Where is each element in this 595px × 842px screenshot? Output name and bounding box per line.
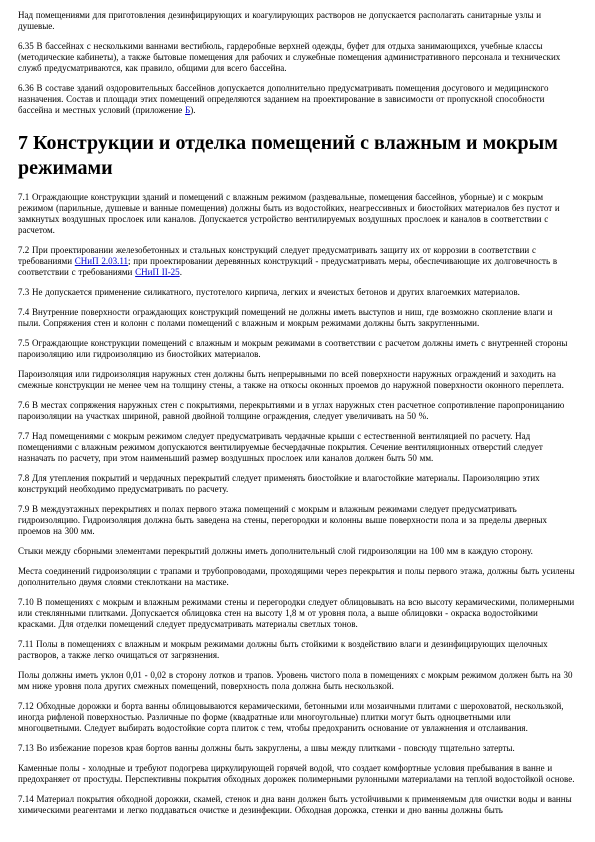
paragraph-text: Полы должны иметь уклон 0,01 - 0,02 в ст… <box>18 670 573 691</box>
paragraph-text: 7.7 Над помещениями с мокрым режимом сле… <box>18 431 543 463</box>
paragraph-6-35: 6.35 В бассейнах с несколькими ваннами в… <box>18 41 577 74</box>
paragraph-text: 7.8 Для утепления покрытий и чердачных п… <box>18 473 540 494</box>
link-snip-ii-25[interactable]: СНиП II-25 <box>135 267 180 277</box>
paragraph-7-3: 7.3 Не допускается применение силикатног… <box>18 287 577 298</box>
paragraph-text: 7.12 Обходные дорожки и борта ванны обли… <box>18 701 564 733</box>
paragraph-7-5-cont: Пароизоляция или гидроизоляция наружных … <box>18 369 577 391</box>
paragraph-text: 6.36 В составе зданий оздоровительных ба… <box>18 83 549 115</box>
paragraph-7-6: 7.6 В местах сопряжения наружных стен с … <box>18 400 577 422</box>
paragraph-7-13: 7.13 Во избежание порезов края бортов ва… <box>18 743 577 754</box>
paragraph-text: 7.3 Не допускается применение силикатног… <box>18 287 520 297</box>
paragraph-7-11: 7.11 Полы в помещениях с влажным и мокры… <box>18 639 577 661</box>
paragraph-text: 7.1 Ограждающие конструкции зданий и пом… <box>18 192 560 235</box>
paragraph-7-12: 7.12 Обходные дорожки и борта ванны обли… <box>18 701 577 734</box>
paragraph-7-14: 7.14 Материал покрытия обходной дорожки,… <box>18 794 577 816</box>
paragraph-text: . <box>180 267 182 277</box>
paragraph-7-5: 7.5 Ограждающие конструкции помещений с … <box>18 338 577 360</box>
paragraph-text: Места соединений гидроизоляции с трапами… <box>18 566 575 587</box>
paragraph-text: Стыки между сборными элементами перекрыт… <box>18 546 533 556</box>
paragraph-text: 6.35 В бассейнах с несколькими ваннами в… <box>18 41 560 73</box>
paragraph-7-9-drains: Места соединений гидроизоляции с трапами… <box>18 566 577 588</box>
paragraph-text: Над помещениями для приготовления дезинф… <box>18 10 541 31</box>
paragraph-7-11-slope: Полы должны иметь уклон 0,01 - 0,02 в ст… <box>18 670 577 692</box>
paragraph-text: 7.13 Во избежание порезов края бортов ва… <box>18 743 515 753</box>
paragraph-text: 7.9 В междуэтажных перекрытиях и полах п… <box>18 504 547 536</box>
paragraph-text: Каменные полы - холодные и требуют подог… <box>18 763 574 784</box>
paragraph-text: ). <box>190 105 195 115</box>
paragraph-7-4: 7.4 Внутренние поверхности ограждающих к… <box>18 307 577 329</box>
paragraph-text: Пароизоляция или гидроизоляция наружных … <box>18 369 564 390</box>
paragraph-6-36: 6.36 В составе зданий оздоровительных ба… <box>18 83 577 116</box>
section-7-heading: 7 Конструкции и отделка помещений с влаж… <box>18 131 577 181</box>
paragraph-7-9: 7.9 В междуэтажных перекрытиях и полах п… <box>18 504 577 537</box>
paragraph-7-2: 7.2 При проектировании железобетонных и … <box>18 245 577 278</box>
paragraph-text: 7.14 Материал покрытия обходной дорожки,… <box>18 794 572 815</box>
document-body: Над помещениями для приготовления дезинф… <box>18 10 577 816</box>
paragraph-7-13-stone-floors: Каменные полы - холодные и требуют подог… <box>18 763 577 785</box>
paragraph-7-7: 7.7 Над помещениями с мокрым режимом сле… <box>18 431 577 464</box>
paragraph-7-9-joints: Стыки между сборными элементами перекрыт… <box>18 546 577 557</box>
paragraph-text: 7.10 В помещениях с мокрым и влажным реж… <box>18 597 574 629</box>
link-snip-2-03-11[interactable]: СНиП 2.03.11 <box>75 256 128 266</box>
document-page: Над помещениями для приготовления дезинф… <box>0 0 595 842</box>
paragraph-7-8: 7.8 Для утепления покрытий и чердачных п… <box>18 473 577 495</box>
paragraph-text: 7.5 Ограждающие конструкции помещений с … <box>18 338 567 359</box>
paragraph-7-10: 7.10 В помещениях с мокрым и влажным реж… <box>18 597 577 630</box>
paragraph-text: 7.4 Внутренние поверхности ограждающих к… <box>18 307 552 328</box>
paragraph-disinfect-rooms: Над помещениями для приготовления дезинф… <box>18 10 577 32</box>
paragraph-text: 7.6 В местах сопряжения наружных стен с … <box>18 400 564 421</box>
paragraph-text: 7.11 Полы в помещениях с влажным и мокры… <box>18 639 548 660</box>
paragraph-7-1: 7.1 Ограждающие конструкции зданий и пом… <box>18 192 577 236</box>
